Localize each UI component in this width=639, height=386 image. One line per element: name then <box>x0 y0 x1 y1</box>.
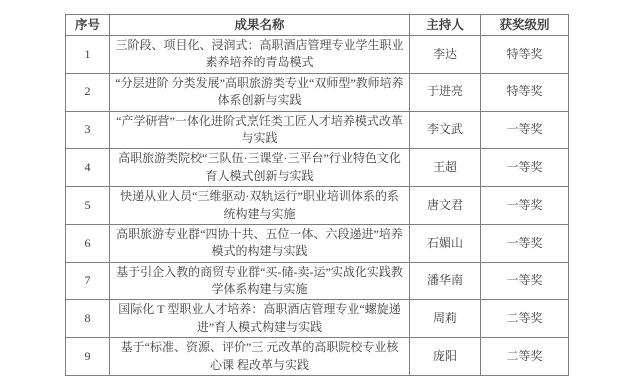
table-body: 1三阶段、项目化、浸润式：高职酒店管理专业学生职业素养培养的青岛模式李达特等奖2… <box>66 36 569 376</box>
table-row: 3“产学研营”一体化进阶式烹饪类工匠人才培养模式改革与实践李文武一等奖 <box>66 111 569 149</box>
award-level-cell: 一等奖 <box>481 224 569 262</box>
leader-cell: 王超 <box>410 149 481 187</box>
table-row: 7基于引企入教的商贸专业群“买-储-卖-运”实战化实践教学体系构建与实施潘华南一… <box>66 262 569 300</box>
row-index-cell: 7 <box>66 262 110 300</box>
achievement-name-cell: “产学研营”一体化进阶式烹饪类工匠人才培养模式改革与实践 <box>110 111 410 149</box>
table-row: 8国际化 T 型职业人才培养：高职酒店管理专业“螺旋递进”育人模式构建与实践周莉… <box>66 300 569 338</box>
row-index-cell: 9 <box>66 338 110 376</box>
achievement-name-cell: 高职旅游专业群“四协十共、五位一体、六段递进”培养模式的构建与实践 <box>110 224 410 262</box>
achievement-name-cell: 快递从业人员“三维驱动·双轨运行”职业培训体系的系统构建与实施 <box>110 187 410 225</box>
leader-cell: 潘华南 <box>410 262 481 300</box>
award-level-cell: 特等奖 <box>481 36 569 74</box>
leader-cell: 于进亮 <box>410 73 481 111</box>
award-level-cell: 二等奖 <box>481 338 569 376</box>
achievement-name-cell: 高职旅游类院校“三队伍·三课堂·三平台”行业特色文化育人模式创新与实践 <box>110 149 410 187</box>
awards-table: 序号 成果名称 主持人 获奖级别 1三阶段、项目化、浸润式：高职酒店管理专业学生… <box>65 14 569 376</box>
award-level-cell: 一等奖 <box>481 149 569 187</box>
achievement-name-cell: “分层进阶 分类发展”高职旅游类专业“双师型”教师培养体系创新与实践 <box>110 73 410 111</box>
award-level-cell: 一等奖 <box>481 262 569 300</box>
header-award-level: 获奖级别 <box>481 15 569 36</box>
leader-cell: 周莉 <box>410 300 481 338</box>
row-index-cell: 6 <box>66 224 110 262</box>
table-row: 1三阶段、项目化、浸润式：高职酒店管理专业学生职业素养培养的青岛模式李达特等奖 <box>66 36 569 74</box>
leader-cell: 石媚山 <box>410 224 481 262</box>
row-index-cell: 5 <box>66 187 110 225</box>
table-row: 4高职旅游类院校“三队伍·三课堂·三平台”行业特色文化育人模式创新与实践王超一等… <box>66 149 569 187</box>
header-no: 序号 <box>66 15 110 36</box>
table-row: 5快递从业人员“三维驱动·双轨运行”职业培训体系的系统构建与实施唐文君一等奖 <box>66 187 569 225</box>
table-row: 9基于“标准、资源、评价”三 元改革的高职院校专业核心课 程改革与实践庞阳二等奖 <box>66 338 569 376</box>
table-row: 6高职旅游专业群“四协十共、五位一体、六段递进”培养模式的构建与实践石媚山一等奖 <box>66 224 569 262</box>
header-leader: 主持人 <box>410 15 481 36</box>
leader-cell: 唐文君 <box>410 187 481 225</box>
leader-cell: 李文武 <box>410 111 481 149</box>
document-page: 序号 成果名称 主持人 获奖级别 1三阶段、项目化、浸润式：高职酒店管理专业学生… <box>0 0 639 386</box>
achievement-name-cell: 基于“标准、资源、评价”三 元改革的高职院校专业核心课 程改革与实践 <box>110 338 410 376</box>
row-index-cell: 3 <box>66 111 110 149</box>
award-level-cell: 一等奖 <box>481 187 569 225</box>
row-index-cell: 2 <box>66 73 110 111</box>
award-level-cell: 二等奖 <box>481 300 569 338</box>
achievement-name-cell: 基于引企入教的商贸专业群“买-储-卖-运”实战化实践教学体系构建与实施 <box>110 262 410 300</box>
row-index-cell: 1 <box>66 36 110 74</box>
header-achievement-name: 成果名称 <box>110 15 410 36</box>
leader-cell: 庞阳 <box>410 338 481 376</box>
leader-cell: 李达 <box>410 36 481 74</box>
award-level-cell: 特等奖 <box>481 73 569 111</box>
achievement-name-cell: 国际化 T 型职业人才培养：高职酒店管理专业“螺旋递进”育人模式构建与实践 <box>110 300 410 338</box>
award-level-cell: 一等奖 <box>481 111 569 149</box>
row-index-cell: 8 <box>66 300 110 338</box>
table-header-row: 序号 成果名称 主持人 获奖级别 <box>66 15 569 36</box>
row-index-cell: 4 <box>66 149 110 187</box>
achievement-name-cell: 三阶段、项目化、浸润式：高职酒店管理专业学生职业素养培养的青岛模式 <box>110 36 410 74</box>
table-row: 2“分层进阶 分类发展”高职旅游类专业“双师型”教师培养体系创新与实践于进亮特等… <box>66 73 569 111</box>
